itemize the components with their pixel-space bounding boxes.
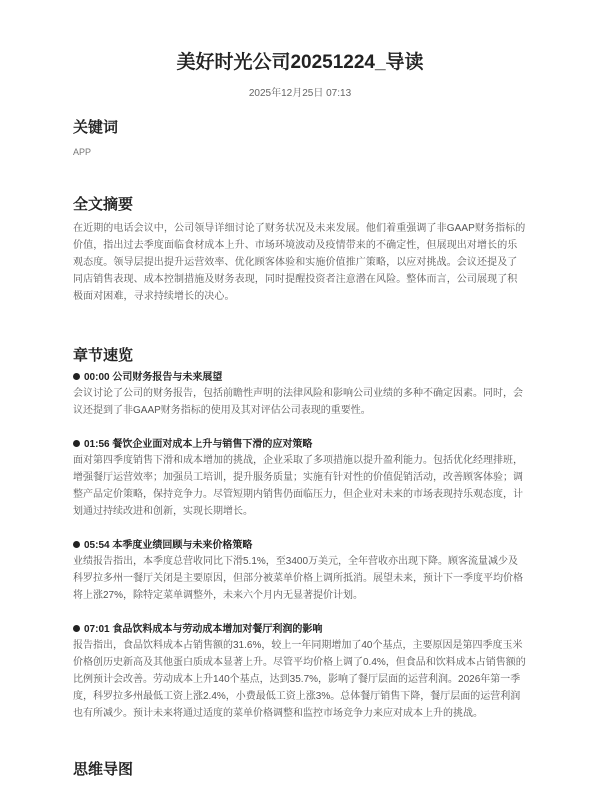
mindmap-heading: 思维导图: [73, 760, 527, 780]
chapter-time: 00:00: [84, 372, 110, 383]
chapters-heading: 章节速览: [73, 346, 527, 366]
bullet-icon: [73, 541, 80, 548]
chapter-text: 报告指出，食品饮料成本占销售额的31.6%，较上一年同期增加了40个基点，主要原…: [73, 637, 527, 722]
summary-section: 全文摘要 在近期的电话会议中，公司领导详细讨论了财务状况及未来发展。他们着重强调…: [73, 195, 527, 305]
bullet-icon: [73, 373, 80, 380]
bullet-icon: [73, 440, 80, 447]
chapter-item: 05:54 本季度业绩回顾与未来价格策略 业绩报告指出，本季度总营收同比下滑5.…: [73, 538, 527, 604]
chapter-header: 07:01 食品饮料成本与劳动成本增加对餐厅利润的影响: [73, 622, 527, 637]
chapter-text: 会议讨论了公司的财务报告，包括前瞻性声明的法律风险和影响公司业绩的多种不确定因素…: [73, 385, 527, 419]
keywords-text: APP: [73, 146, 527, 158]
chapter-header: 00:00 公司财务报告与未来展望: [73, 370, 527, 385]
chapter-time: 05:54: [84, 540, 110, 551]
chapter-title: 本季度业绩回顾与未来价格策略: [112, 540, 252, 551]
chapter-header: 05:54 本季度业绩回顾与未来价格策略: [73, 538, 527, 553]
chapter-item: 01:56 餐饮企业面对成本上升与销售下滑的应对策略 面对第四季度销售下滑和成本…: [73, 437, 527, 520]
chapter-title: 食品饮料成本与劳动成本增加对餐厅利润的影响: [112, 624, 322, 635]
chapter-text: 面对第四季度销售下滑和成本增加的挑战，企业采取了多项措施以提升盈利能力。包括优化…: [73, 452, 527, 520]
document-page: 美好时光公司20251224_导读 2025年12月25日 07:13 关键词 …: [0, 0, 600, 780]
chapter-text: 业绩报告指出，本季度总营收同比下滑5.1%，至3400万美元，全年营收亦出现下降…: [73, 553, 527, 604]
chapter-item: 07:01 食品饮料成本与劳动成本增加对餐厅利润的影响 报告指出，食品饮料成本占…: [73, 622, 527, 722]
chapter-time: 07:01: [84, 624, 110, 635]
summary-text: 在近期的电话会议中，公司领导详细讨论了财务状况及未来发展。他们着重强调了非GAA…: [73, 220, 527, 305]
keywords-heading: 关键词: [73, 118, 527, 138]
chapter-title: 公司财务报告与未来展望: [112, 372, 222, 383]
summary-heading: 全文摘要: [73, 195, 527, 215]
bullet-icon: [73, 625, 80, 632]
page-title: 美好时光公司20251224_导读: [73, 50, 527, 76]
chapter-title: 餐饮企业面对成本上升与销售下滑的应对策略: [112, 439, 312, 450]
chapter-time: 01:56: [84, 439, 110, 450]
document-date: 2025年12月25日 07:13: [73, 87, 527, 101]
chapter-header: 01:56 餐饮企业面对成本上升与销售下滑的应对策略: [73, 437, 527, 452]
mindmap-section: 思维导图: [73, 760, 527, 780]
chapter-item: 00:00 公司财务报告与未来展望 会议讨论了公司的财务报告，包括前瞻性声明的法…: [73, 370, 527, 419]
chapters-section: 章节速览 00:00 公司财务报告与未来展望 会议讨论了公司的财务报告，包括前瞻…: [73, 346, 527, 722]
keywords-section: 关键词 APP: [73, 118, 527, 158]
